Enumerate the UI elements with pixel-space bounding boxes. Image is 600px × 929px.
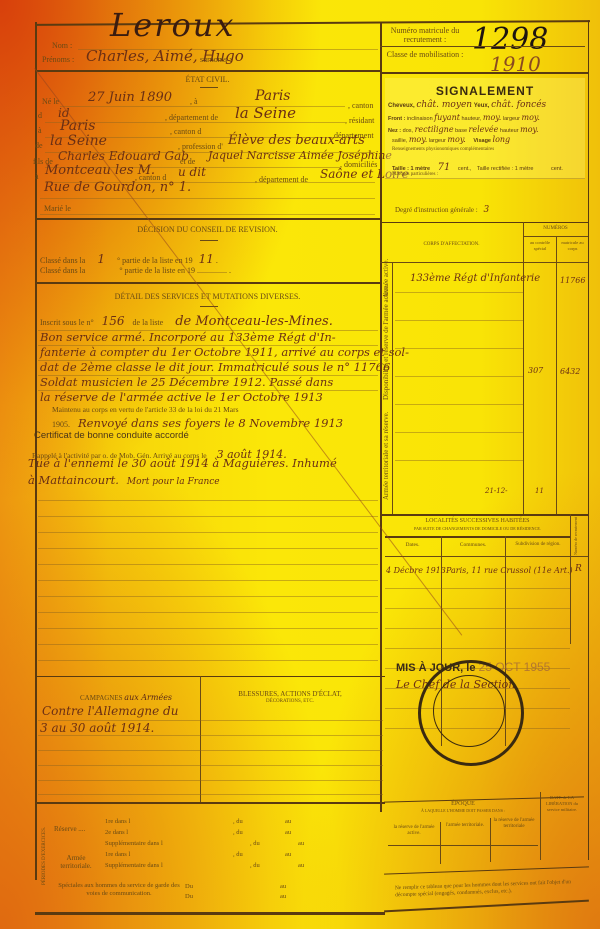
date-liberation-title: DATE de LA LIBÉRATION du service militai… xyxy=(540,795,584,813)
marques-label: Marques particulières : xyxy=(392,172,438,177)
col-divider xyxy=(556,236,557,514)
periode-du: , du xyxy=(250,862,260,869)
largeur2-label: largeur xyxy=(429,138,446,144)
nom-label: Nom : xyxy=(52,41,72,50)
numeros-title: NUMÉROS xyxy=(523,226,588,231)
header-subdivision: Subdivision de région. xyxy=(506,542,570,547)
matricule-row-1: 11766 xyxy=(560,276,585,285)
periode-label: Du xyxy=(185,883,193,890)
periode-au: au xyxy=(280,883,286,890)
col-divider xyxy=(523,222,524,514)
periode-label: Supplémentaire dans l xyxy=(105,840,163,847)
classe-label: Classé dans la xyxy=(40,256,85,265)
instruction-divider xyxy=(380,222,588,223)
campagnes-annotation: aux Armées xyxy=(124,693,172,702)
periodes-top xyxy=(35,802,385,804)
col-controle-header: au contrôle spécial xyxy=(524,240,556,252)
ruled-line xyxy=(38,765,383,766)
saillie-row: saillie, moy. largeur moy. Visage long xyxy=(392,135,510,144)
tue-line: Tué à l'ennemi le 30 août 1914 à Maguièr… xyxy=(28,456,337,470)
liste-label: de la liste xyxy=(133,318,164,327)
ne-line xyxy=(60,106,345,107)
hauteur-value: moy. xyxy=(483,113,501,122)
header-recrutement: Numéro de recrutement xyxy=(573,517,578,555)
ruled-line xyxy=(38,628,378,629)
periode-row-6: Du au xyxy=(185,883,380,890)
periode-au: au xyxy=(298,862,304,869)
periode-au: au xyxy=(285,851,291,858)
campagnes-title: CAMPAGNES xyxy=(80,694,123,702)
speciales-label: Spéciales aux hommes du service de garde… xyxy=(54,882,184,898)
saillie-label: saillie, xyxy=(392,138,407,144)
nez-label: Nez : xyxy=(388,128,401,134)
hauteur2-value: moy. xyxy=(520,125,538,134)
service-line: Bon service armé. Incorporé au 133ème Ré… xyxy=(40,330,380,345)
periode-row-4: 1re dans l , du au xyxy=(105,851,380,858)
ruled-line xyxy=(38,750,383,751)
dos-label: dos, xyxy=(403,128,413,134)
periode-row-7: Du au xyxy=(185,893,380,900)
ruled-line xyxy=(395,404,523,405)
cent2-label: cent. xyxy=(551,166,563,172)
ruled-line xyxy=(395,292,523,293)
front-label: Front : xyxy=(388,116,405,122)
lieu-naissance: Paris xyxy=(255,88,291,104)
liste-value: de Montceau-les-Mines. xyxy=(175,314,333,329)
ruled-line xyxy=(38,330,378,331)
etat-civil-title: ÉTAT CIVIL. xyxy=(35,75,380,84)
canton2-label: , canton d xyxy=(170,127,201,136)
periode-label: Du xyxy=(185,893,193,900)
side-label-territoriale: Armée territoriale et sa réserve. xyxy=(382,412,390,500)
matricule-label: Numéro matricule du recrutement : xyxy=(385,26,465,44)
row-end: . xyxy=(229,266,231,275)
cheveux-row: Cheveux, chât. moyen Yeux, chât. foncés xyxy=(388,100,546,110)
renvoye-text: Renvoyé dans ses foyers le 8 Novembre 19… xyxy=(78,416,343,430)
mort-pour-la-france: Mort pour la France xyxy=(127,477,220,487)
ruled-line xyxy=(38,720,383,721)
ruled-line xyxy=(38,516,378,517)
largeur-value: moy. xyxy=(522,113,540,122)
title-rule xyxy=(200,87,218,88)
cheveux-label: Cheveux, xyxy=(388,103,415,109)
periode-label: Supplémentaire dans l xyxy=(105,862,163,869)
conseil-divider xyxy=(35,282,380,284)
inclinaison-value: fuyant xyxy=(434,113,460,122)
stamp-inner-ring xyxy=(433,675,505,747)
periode-label: 2e dans l xyxy=(105,829,128,836)
official-stamp xyxy=(418,660,524,766)
localites-subtitle: PAR SUITE DE CHANGEMENTS DE DOMICILE OU … xyxy=(385,526,570,531)
service-line: la réserve de l'armée active le 1er Octo… xyxy=(40,390,380,405)
ruled-line xyxy=(38,532,378,533)
corps-note2: 11 xyxy=(535,487,544,495)
a-label: , à xyxy=(190,97,198,106)
periodes-bottom xyxy=(35,912,385,915)
service-line: fanterie à compter du 1er Octobre 1911, … xyxy=(40,345,380,360)
surnoms-label: surnoms : xyxy=(200,55,231,64)
corps-header-divider xyxy=(380,262,588,263)
epoque-note: Ne remplir ce tableau que pour les homme… xyxy=(395,879,585,900)
ruled-line xyxy=(38,660,378,661)
matricule-row-2: 6432 xyxy=(560,367,580,376)
nez-row: Nez : dos, rectiligne base relevée haute… xyxy=(388,125,539,134)
mort-line: à Mattaincourt. Mort pour la France xyxy=(28,471,220,489)
blessures-subtitle: DÉCORATIONS, ETC. xyxy=(200,699,380,704)
cheveux-value: chât. moyen xyxy=(416,100,472,110)
periode-du: , du xyxy=(233,851,243,858)
pere-value: Charles Edouard Gab xyxy=(58,149,189,163)
ruled-line xyxy=(395,432,523,433)
inscrit-label: Inscrit sous le n° xyxy=(40,318,94,327)
header-communes: Communes. xyxy=(442,542,504,548)
canton3-value: u dit xyxy=(178,165,206,179)
localite-code: R xyxy=(575,564,582,574)
signalement-title: SIGNALEMENT xyxy=(385,84,585,98)
periode-au: au xyxy=(280,893,286,900)
ruled-line xyxy=(385,608,570,609)
taille-rectifiee-label: Taille rectifiée : 1 mètre xyxy=(477,166,534,172)
col-divider xyxy=(392,262,393,514)
nom-value: Leroux xyxy=(110,6,235,44)
instruction-label: Degré d'instruction générale : xyxy=(395,206,478,214)
matricule-divider xyxy=(380,46,585,47)
periode-row-3: Supplémentaire dans l , du au xyxy=(105,840,380,847)
ruled-line xyxy=(38,390,378,391)
ruled-line xyxy=(38,360,378,361)
ruled-line xyxy=(385,628,570,629)
ruled-line xyxy=(395,320,523,321)
localites-header-bottom xyxy=(385,556,588,557)
adresse-line xyxy=(40,198,375,199)
ruled-line xyxy=(38,375,378,376)
service-line: Soldat musicien le 25 Décembre 1912. Pas… xyxy=(40,375,380,390)
instruction-value: 3 xyxy=(483,205,489,215)
ruled-line xyxy=(38,564,378,565)
yeux-value: chât. foncés xyxy=(491,100,546,110)
ruled-line xyxy=(385,648,570,649)
profession-value: Élève des beaux-arts xyxy=(228,133,365,148)
periodes-side-label: PÉRIODES D'EXERCICES. xyxy=(42,827,47,885)
periode-row-5: Supplémentaire dans l , du au xyxy=(105,862,380,869)
departement-value: la Seine xyxy=(235,104,296,122)
etat-civil-divider xyxy=(35,218,380,220)
col-divider xyxy=(440,822,441,864)
epoque-frame-bottom xyxy=(384,900,589,913)
renseignements-label: Renseignements physionomiques complément… xyxy=(392,147,494,152)
adresse-value: Rue de Gourdon, n° 1. xyxy=(44,180,191,195)
prenoms-label: Prénoms : xyxy=(42,55,74,64)
col-divider xyxy=(570,514,571,644)
a2-label: à xyxy=(38,126,42,135)
inclinaison-label: inclinaison xyxy=(407,116,433,122)
canton-label: , canton xyxy=(348,101,373,110)
departement2-value: la Seine xyxy=(50,133,107,149)
classe-label: Classe de mobilisation : xyxy=(385,50,465,59)
maintenu-printed: Maintenu au corps en vertu de l'article … xyxy=(52,405,239,414)
epoque-col-territoriale: l'armée territoriale. xyxy=(442,823,488,829)
epoque-title: ÉPOQUE xyxy=(388,801,538,807)
classe-label: Classé dans la xyxy=(40,266,85,275)
ruled-line xyxy=(38,644,378,645)
title-rule xyxy=(200,240,218,241)
ruled-line xyxy=(38,500,378,501)
hauteur2-label: hauteur xyxy=(500,128,519,134)
ruled-line xyxy=(38,345,378,346)
services-text: Bon service armé. Incorporé au 133ème Ré… xyxy=(40,330,380,405)
row-end: . xyxy=(216,256,218,265)
epoque-col-reserve-territoriale: la réserve de l'armée territoriale xyxy=(492,818,536,830)
largeur-label: largeur xyxy=(503,116,520,122)
blessures-title: BLESSURES, ACTIONS D'ÉCLAT, xyxy=(200,690,380,698)
departement-label: , département de xyxy=(165,113,218,122)
yeux-label: Yeux, xyxy=(474,103,490,109)
classe-row-1: Classé dans la 1 ° partie de la liste en… xyxy=(40,252,218,266)
ruled-line xyxy=(38,794,383,795)
classe-row-2: Classé dans la ° partie de la liste en 1… xyxy=(40,266,231,275)
territoriale-label: Armée territoriale. xyxy=(56,854,96,870)
corps-bottom xyxy=(380,514,588,516)
annee-1905: 1905. xyxy=(52,420,70,429)
ruled-line xyxy=(385,588,570,589)
conseil-revision-title: DÉCISION DU CONSEIL DE REVISION. xyxy=(35,225,380,234)
inhume-lieu: à Mattaincourt. xyxy=(28,473,119,487)
corps-note: 21-12- xyxy=(485,487,508,495)
col-matricule-header: matricule au corps xyxy=(557,240,588,252)
canton-prefix: d xyxy=(38,111,42,120)
epoque-bottom xyxy=(384,866,589,874)
controle-row-2: 307 xyxy=(528,366,543,375)
service-line: dat de 2ème classe le dit jour. Immatric… xyxy=(40,360,380,375)
header-divider xyxy=(35,70,380,72)
corps-affectation-title: CORPS D'AFFECTATION. xyxy=(380,242,523,247)
campagnes-line-1: Contre l'Allemagne du xyxy=(42,704,178,718)
marie-line xyxy=(40,214,375,215)
hauteur-label: hauteur, xyxy=(461,116,481,122)
a3-label: à xyxy=(35,172,39,181)
epoque-col-reserve: la réserve de l'armée active. xyxy=(390,825,438,837)
periode-row-2: 2e dans l , du au xyxy=(105,829,380,836)
periode-au: au xyxy=(285,818,291,825)
visage-label: Visage xyxy=(473,138,491,144)
ruled-line xyxy=(38,548,378,549)
annee-blank xyxy=(197,272,227,273)
taille-value: 71 xyxy=(438,162,451,173)
campagnes-title-row: CAMPAGNES aux Armées xyxy=(80,693,172,702)
ruled-line xyxy=(38,612,378,613)
military-register-page: Nom : Leroux Prénoms : Charles, Aimé, Hu… xyxy=(0,0,600,929)
periode-row-1: 1re dans l , du au xyxy=(105,818,380,825)
front-row: Front : inclinaison fuyant hauteur, moy.… xyxy=(388,113,540,122)
campagnes-line-2: 3 au 30 août 1914. xyxy=(40,721,154,735)
classe-divider xyxy=(380,72,588,74)
ruled-line xyxy=(38,735,383,736)
epoque-subtitle: À LAQUELLE L'HOMME DOIT PASSER DANS : xyxy=(388,808,538,813)
periode-du: , du xyxy=(250,840,260,847)
col-divider xyxy=(490,818,491,862)
periode-label: 1re dans l xyxy=(105,851,130,858)
periode-du: , du xyxy=(233,818,243,825)
periode-du: , du xyxy=(233,829,243,836)
marie-label: Marié le xyxy=(44,204,71,213)
de-label: de xyxy=(35,141,43,150)
periode-label: 1re dans l xyxy=(105,818,130,825)
inscrit-num: 156 xyxy=(102,314,125,328)
ruled-line xyxy=(395,348,523,349)
localites-title: LOCALITÉS SUCCESSIVES HABITÉES xyxy=(385,518,570,524)
reserve-label: Réserve .... xyxy=(54,825,85,833)
ruled-line xyxy=(38,596,378,597)
saillie-value: moy. xyxy=(409,135,427,144)
frame-right xyxy=(588,20,589,860)
instruction-row: Degré d'instruction générale : 3 xyxy=(395,205,489,215)
epoque-header-bottom xyxy=(388,845,538,846)
visage-value: long xyxy=(493,135,511,144)
periode-au: au xyxy=(285,829,291,836)
campagnes-top xyxy=(35,676,385,677)
annee-value: 11 xyxy=(199,252,214,266)
base-label: base xyxy=(455,128,467,134)
ne-date: 27 Juin 1890 xyxy=(88,90,172,105)
cent-label: cent., xyxy=(458,166,471,172)
residant-label: , résidant xyxy=(345,116,374,125)
largeur2-value: moy. xyxy=(447,135,465,144)
localites-header-rule xyxy=(385,536,570,538)
localite-commune: Paris, 11 rue Crussol (11e Art.) xyxy=(446,566,573,575)
inscrit-line: Inscrit sous le n° 156 de la liste de Mo… xyxy=(40,314,380,329)
corps-row-1: 133ème Régt d'Infanterie xyxy=(410,273,540,284)
ruled-line xyxy=(395,460,523,461)
base-value: relevée xyxy=(469,125,499,134)
numeros-divider xyxy=(523,236,588,237)
periode-au: au xyxy=(298,840,304,847)
side-label-disponibilite: Disponibilité et réserve de l'armée acti… xyxy=(382,284,390,400)
dos-value: rectiligne xyxy=(415,125,454,134)
ruled-line xyxy=(38,780,383,781)
partie-value: 1 xyxy=(97,252,105,266)
ruled-line xyxy=(395,376,523,377)
ruled-line xyxy=(38,580,378,581)
certificat-text: Certificat de bonne conduite accordé xyxy=(34,430,189,441)
col-divider xyxy=(540,792,541,860)
